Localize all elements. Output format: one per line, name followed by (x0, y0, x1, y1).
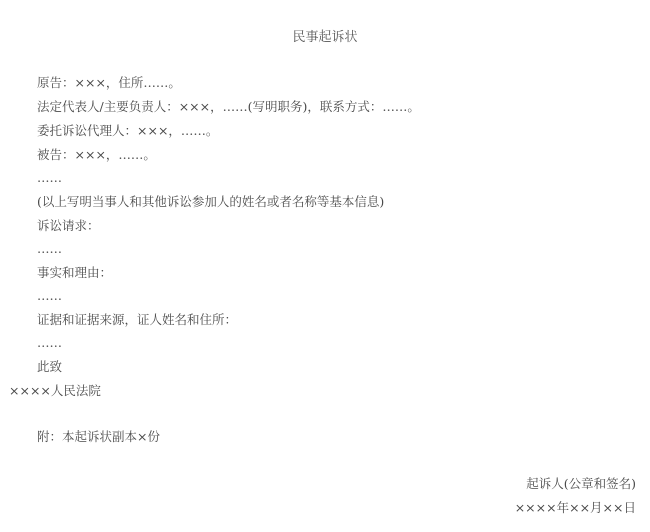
parties-ellipsis: …… (37, 172, 62, 185)
claims-content: …… (37, 243, 62, 256)
defendant-line: 被告：×××，……。 (37, 149, 156, 162)
facts-content: …… (37, 290, 62, 303)
court-name: ××××人民法院 (9, 385, 101, 398)
plaintiff-line: 原告：×××，住所……。 (37, 77, 181, 90)
agent-line: 委托诉讼代理人：×××，……。 (37, 125, 218, 138)
facts-heading: 事实和理由： (37, 267, 112, 280)
claims-heading: 诉讼请求： (37, 220, 100, 233)
attachment-line: 附：本起诉状副本×份 (37, 431, 160, 444)
parties-note: (以上写明当事人和其他诉讼参加人的姓名或者名称等基本信息) (37, 196, 384, 209)
evidence-heading: 证据和证据来源，证人姓名和住所： (37, 314, 237, 327)
signer-line: 起诉人(公章和签名) (526, 478, 636, 491)
salutation: 此致 (37, 361, 62, 374)
date-line: ××××年××月××日 (515, 502, 636, 515)
evidence-content: …… (37, 337, 62, 350)
legal-representative-line: 法定代表人/主要负责人：×××，……(写明职务)，联系方式：……。 (37, 101, 420, 114)
document-title: 民事起诉状 (0, 31, 650, 44)
